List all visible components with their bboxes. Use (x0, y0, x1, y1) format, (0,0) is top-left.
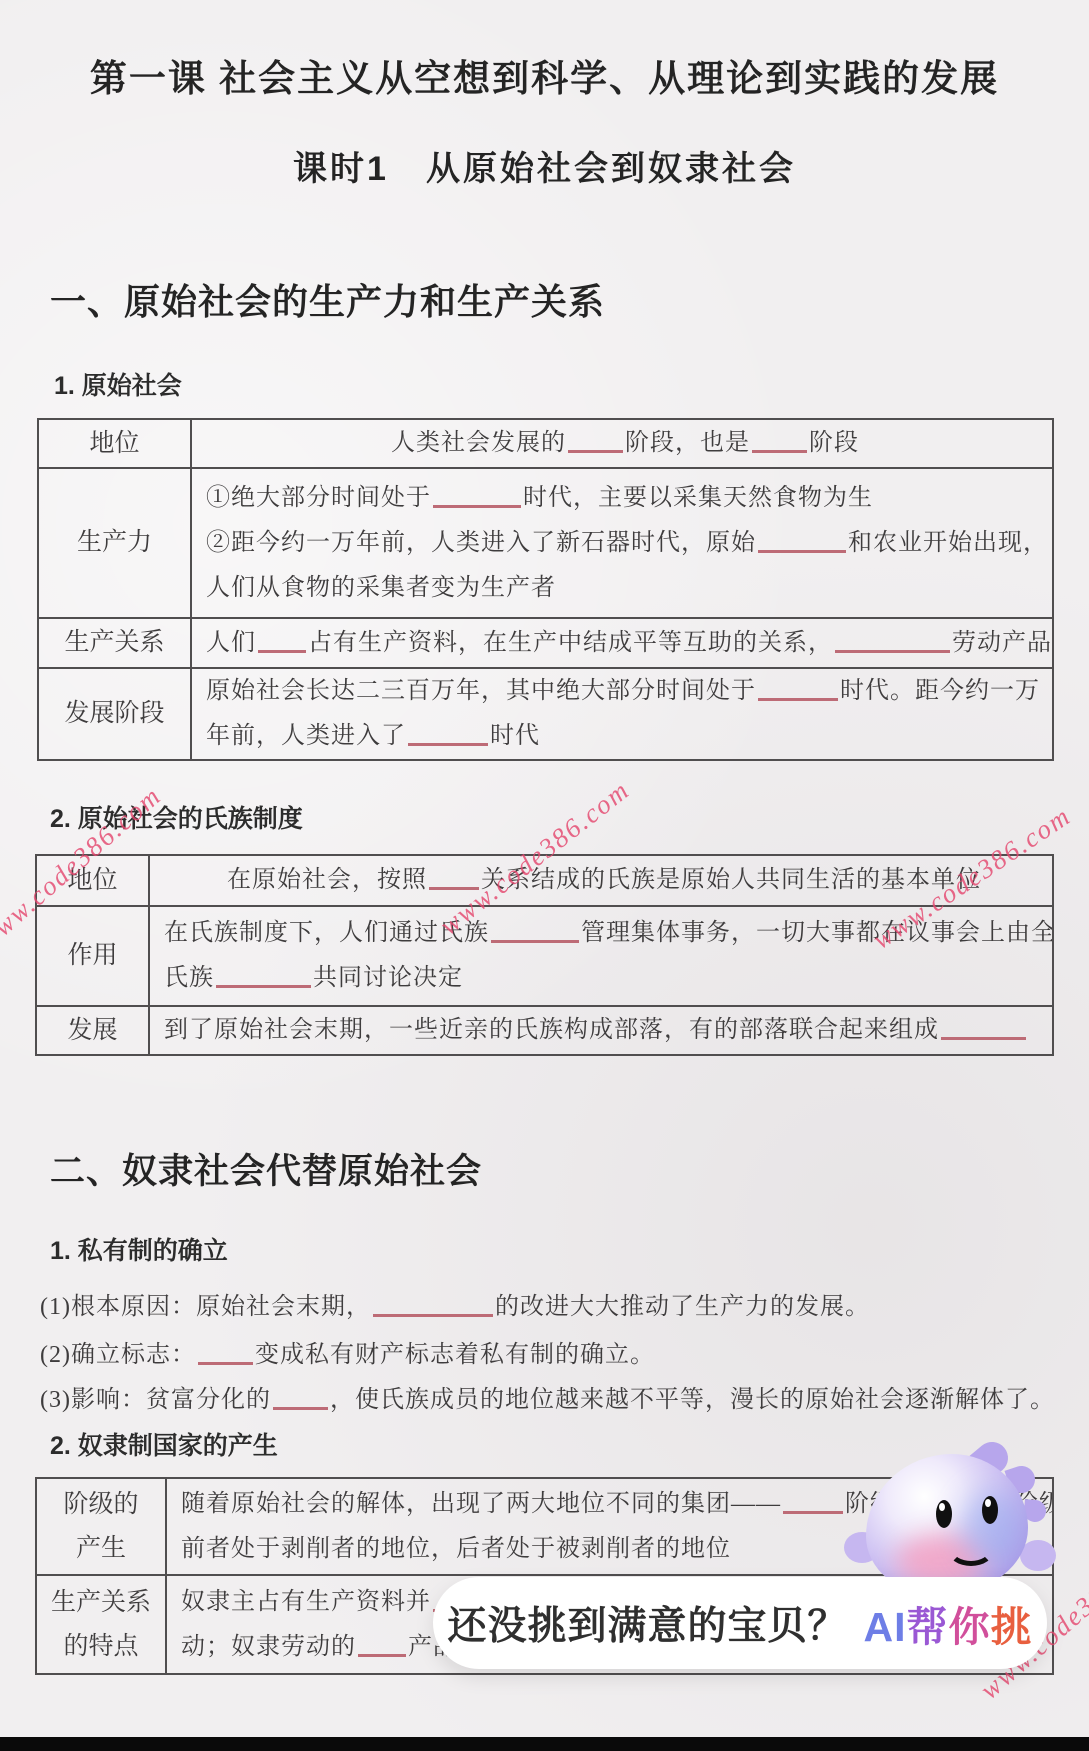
table-primitive-society: 地位人类社会发展的阶段，也是阶段生产力①绝大部分时间处于时代，主要以采集天然食物… (37, 418, 1054, 761)
cell-text: 时代。距今约一万 (840, 678, 1040, 704)
table-row: 地位人类社会发展的阶段，也是阶段 (39, 420, 1052, 467)
cell-text: 人们从食物的采集者变为生产者 (206, 575, 556, 601)
section2-subheading-2: 2. 奴隶制国家的产生 (50, 1426, 278, 1462)
blank-underline (433, 485, 521, 508)
cell-text: 阶段 (809, 430, 859, 456)
table-row: 发展阶段原始社会长达二三百万年，其中绝大部分时间处于时代。距今约一万年前，人类进… (39, 667, 1052, 759)
cell-text: 和农业开始出现， (848, 530, 1048, 556)
blank-underline (373, 1294, 493, 1317)
cell-text: 人类社会发展的 (391, 430, 566, 456)
blank-underline (835, 630, 950, 653)
mascot-eye (982, 1496, 998, 1524)
cell-text: ，使氏族成员的地位越来越不平等，漫长的原始社会逐渐解体了。 (330, 1387, 1055, 1413)
table-row: 生产力①绝大部分时间处于时代，主要以采集天然食物为生②距今约一万年前，人类进入了… (39, 467, 1052, 617)
blank-underline (273, 1387, 328, 1410)
blank-underline (752, 430, 807, 453)
cell-text: 到了原始社会末期，一些近亲的氏族构成部落，有的部落联合起来组成 (164, 1017, 939, 1043)
cell-text: (1)根本原因：原始社会末期， (40, 1294, 371, 1320)
gradient-text-char: 挑 (991, 1604, 1033, 1650)
row-content: 到了原始社会末期，一些近亲的氏族构成部落，有的部落联合起来组成 (150, 1007, 1052, 1054)
gradient-text-char: 帮 (907, 1604, 949, 1650)
cell-text: (2)确立标志： (40, 1342, 196, 1368)
blank-underline (568, 430, 623, 453)
cell-text: 共同讨论决定 (313, 965, 463, 991)
mascot-paw (1020, 1540, 1056, 1571)
row-label: 作用 (37, 907, 150, 1005)
cell-text: 奴隶主占有生产资料并 (181, 1589, 431, 1615)
mascot-body (866, 1454, 1028, 1596)
cell-text: 时代，主要以采集天然食物为生 (523, 485, 873, 511)
row-label: 阶级的 产生 (37, 1479, 167, 1574)
period-title: 课时1 从原始社会到奴隶社会 (0, 141, 1089, 190)
cell-text: 的改进大大推动了生产力的发展。 (495, 1294, 870, 1320)
blank-underline (758, 678, 838, 701)
row-label: 生产力 (39, 469, 192, 617)
cell-text: 氏族 (164, 965, 214, 991)
cell-text: 管理集体事务，一切大事都在议事会上由全 (581, 920, 1052, 946)
cell-text: 年前，人类进入了 (206, 723, 406, 749)
blank-underline (783, 1491, 843, 1514)
blank-underline (198, 1342, 253, 1365)
section2-heading: 二、奴隶社会代替原始社会 (50, 1144, 482, 1194)
cell-text: 动；奴隶劳动的 (181, 1634, 356, 1660)
cell-text: 关系结成的氏族是原始人共同生活的基本单位 (481, 867, 981, 893)
blank-underline (408, 723, 488, 746)
blank-underline (216, 965, 311, 988)
row-label: 地位 (39, 420, 192, 467)
popup-question-text: 还没挑到满意的宝贝？ (447, 1595, 847, 1651)
cell-text: 在原始社会，按照 (227, 867, 427, 893)
table-clan-system: 地位在原始社会，按照关系结成的氏族是原始人共同生活的基本单位作用在氏族制度下，人… (35, 854, 1054, 1056)
blank-underline (358, 1634, 406, 1657)
row-content: 人类社会发展的阶段，也是阶段 (192, 420, 1052, 467)
cell-text: (3)影响：贫富分化的 (40, 1387, 271, 1413)
bottom-black-bar (0, 1737, 1089, 1751)
cell-text: 随着原始社会的解体，出现了两大地位不同的集团—— (181, 1491, 781, 1517)
gradient-text-char: 你 (949, 1604, 991, 1650)
section1-subheading-2: 2. 原始社会的氏族制度 (50, 799, 303, 835)
cell-text: 劳动产品 (952, 630, 1052, 656)
mascot-smile (948, 1534, 994, 1566)
blank-underline (758, 530, 846, 553)
ai-assistant-mascot-icon[interactable] (850, 1446, 1050, 1596)
row-label: 发展 (37, 1007, 150, 1054)
cell-text: ②距今约一万年前，人类进入了新石器时代，原始 (206, 530, 756, 556)
cell-text: 原始社会长达二三百万年，其中绝大部分时间处于 (206, 678, 756, 704)
ai-pick-action-link[interactable]: AI帮你挑 (864, 1594, 1033, 1653)
section1-subheading-1: 1. 原始社会 (54, 366, 182, 402)
table-row: 生产关系人们占有生产资料，在生产中结成平等互助的关系，劳动产品 (39, 617, 1052, 667)
blank-underline (258, 630, 306, 653)
list-item-impact: (3)影响：贫富分化的，使氏族成员的地位越来越不平等，漫长的原始社会逐渐解体了。 (40, 1379, 1055, 1414)
blank-underline (491, 920, 579, 943)
row-label: 生产关系 的特点 (37, 1576, 167, 1673)
row-label: 发展阶段 (39, 669, 192, 759)
list-item-root-cause: (1)根本原因：原始社会末期，的改进大大推动了生产力的发展。 (40, 1286, 870, 1321)
cell-text: 时代 (490, 723, 540, 749)
worksheet-page: 第一课 社会主义从空想到科学、从理论到实践的发展 课时1 从原始社会到奴隶社会 … (0, 0, 1089, 1751)
table-row: 发展到了原始社会末期，一些近亲的氏族构成部落，有的部落联合起来组成 (37, 1005, 1052, 1054)
section1-heading: 一、原始社会的生产力和生产关系 (50, 274, 605, 325)
section2-subheading-1: 1. 私有制的确立 (50, 1231, 228, 1267)
row-label: 生产关系 (39, 619, 192, 667)
cell-text: 阶段，也是 (625, 430, 750, 456)
cell-text: 前者处于剥削者的地位，后者处于被剥削者的地位 (181, 1536, 731, 1562)
mascot-eye (936, 1500, 952, 1528)
row-content: ①绝大部分时间处于时代，主要以采集天然食物为生②距今约一万年前，人类进入了新石器… (192, 469, 1052, 617)
cell-text: 变成私有财产标志着私有制的确立。 (255, 1342, 655, 1368)
ai-pick-popup[interactable]: 还没挑到满意的宝贝？ AI帮你挑 (433, 1577, 1047, 1669)
row-content: 人们占有生产资料，在生产中结成平等互助的关系，劳动产品 (192, 619, 1052, 667)
row-content: 原始社会长达二三百万年，其中绝大部分时间处于时代。距今约一万年前，人类进入了时代 (192, 669, 1052, 759)
lesson-title: 第一课 社会主义从空想到科学、从理论到实践的发展 (0, 48, 1089, 102)
blank-underline (941, 1017, 1026, 1040)
cell-text: 人们 (206, 630, 256, 656)
gradient-text-char: AI (864, 1604, 907, 1650)
cell-text: ①绝大部分时间处于 (206, 485, 431, 511)
cell-text: 占有生产资料，在生产中结成平等互助的关系， (308, 630, 833, 656)
list-item-mark: (2)确立标志：变成私有财产标志着私有制的确立。 (40, 1334, 655, 1369)
